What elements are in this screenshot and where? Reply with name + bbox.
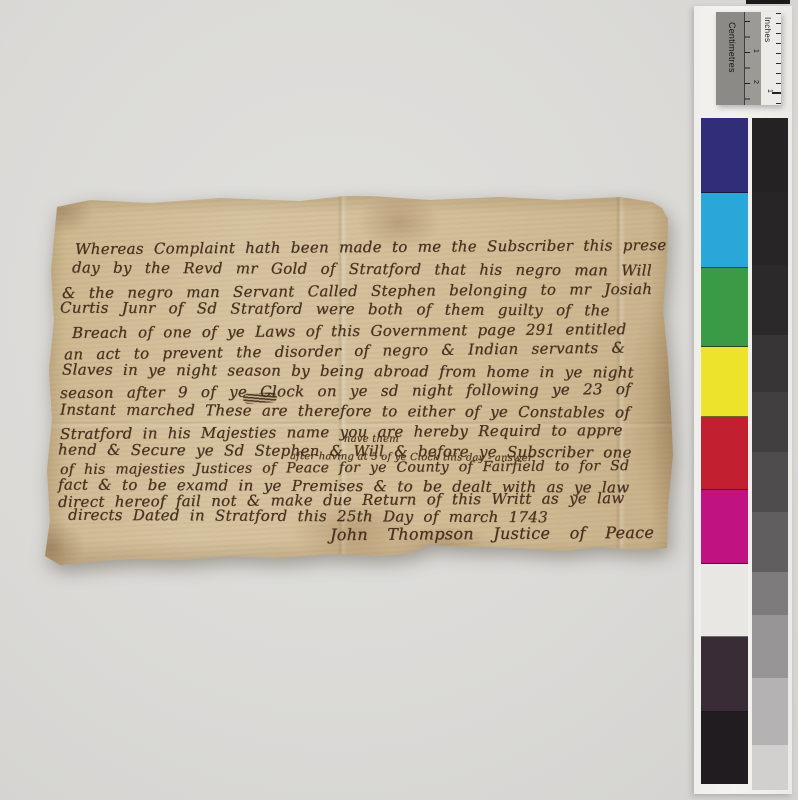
color-patch-dark-plum bbox=[701, 637, 748, 712]
manuscript-line: season after 9 of ye Clock on ye sd nigh… bbox=[60, 380, 631, 402]
gray-step bbox=[752, 452, 788, 512]
gray-step bbox=[752, 572, 788, 615]
gray-step bbox=[752, 265, 788, 335]
interlinear-insertion: have them bbox=[344, 434, 399, 445]
ruler-card-position: Inches 1 1 2 Centimetres bbox=[716, 12, 781, 105]
signature-line: John Thompson Justice of Peace bbox=[330, 523, 654, 544]
manuscript-line: an act to prevent the disorder of negro … bbox=[64, 339, 625, 364]
color-patch-yellow bbox=[701, 347, 748, 417]
inches-label: Inches bbox=[763, 17, 772, 42]
cm-tick-marks bbox=[745, 21, 750, 105]
cm-number-1: 1 bbox=[752, 49, 759, 53]
gray-step bbox=[752, 678, 788, 745]
color-calibration-column bbox=[701, 118, 748, 784]
color-patch-red bbox=[701, 417, 748, 490]
inch-one-tick bbox=[772, 92, 781, 94]
color-patch-black bbox=[701, 712, 748, 784]
inch-scale-band: Inches 1 bbox=[761, 12, 781, 105]
gray-step bbox=[752, 745, 788, 790]
color-patch-white bbox=[701, 564, 748, 637]
crossed-out-word bbox=[243, 392, 277, 404]
ruler-scale-card: Inches 1 1 2 Centimetres bbox=[716, 12, 781, 105]
top-edge-black-strip bbox=[746, 0, 790, 4]
interlinear-insertion: after having at 5 of ye Clock this day -… bbox=[290, 451, 533, 464]
gray-step bbox=[752, 512, 788, 572]
centimetre-scale-band: 1 2 bbox=[744, 12, 761, 105]
color-patch-cyan bbox=[701, 193, 748, 268]
manuscript-line: Whereas Complaint hath been made to me t… bbox=[75, 236, 683, 258]
manuscript-paper: Whereas Complaint hath been made to me t… bbox=[44, 194, 676, 566]
color-patch-green bbox=[701, 268, 748, 347]
gray-step bbox=[752, 192, 788, 265]
manuscript-line: Stratford in his Majesties name you are … bbox=[60, 421, 623, 443]
manuscript-line: Slaves in ye night season by being abroa… bbox=[62, 361, 634, 382]
color-patch-magenta bbox=[701, 490, 748, 564]
centimetres-label: Centimetres bbox=[727, 22, 737, 73]
inch-number-1: 1 bbox=[766, 89, 773, 93]
color-patch-navy-blue bbox=[701, 118, 748, 193]
inch-tick-marks bbox=[776, 13, 781, 104]
photo-backdrop: Whereas Complaint hath been made to me t… bbox=[0, 0, 798, 800]
gray-step bbox=[752, 392, 788, 452]
manuscript-line: day by the Revd mr Gold of Stratford tha… bbox=[72, 258, 652, 279]
gray-step bbox=[752, 335, 788, 392]
gray-step bbox=[752, 615, 788, 678]
manuscript-wrapper: Whereas Complaint hath been made to me t… bbox=[44, 194, 676, 566]
manuscript-line: Instant marched These are therefore to e… bbox=[60, 401, 630, 422]
manuscript-line: Curtis Junr of Sd Stratford were both of… bbox=[60, 299, 610, 320]
grayscale-calibration-column bbox=[752, 118, 788, 790]
gray-step bbox=[752, 118, 788, 192]
cm-number-2: 2 bbox=[752, 80, 759, 84]
